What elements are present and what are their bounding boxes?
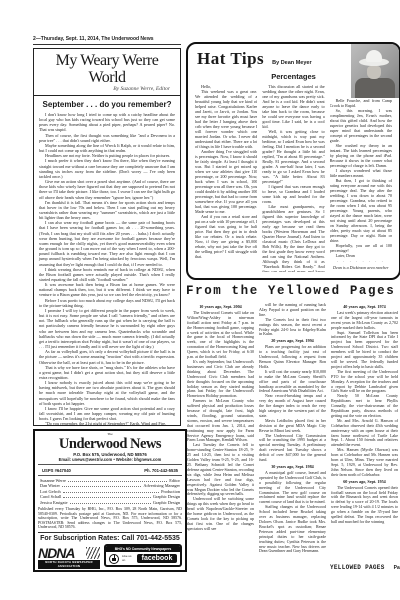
paragraph: Well, it was getting close to midnight, … [262,129,324,184]
hat-tips-columns: Hello,This weekend was a great one. We a… [195,84,392,272]
paragraph: Mrs. Hansen (Myrtle Olavson) was born at… [331,448,398,477]
paragraph: But then, I got to thinking of rating ev… [330,178,392,243]
hat-tips-title: Hat Tips [197,49,264,68]
paragraph: It was awesome back then being a Bison f… [39,282,175,297]
paragraph: Another thing I've struggled with is per… [195,149,257,214]
paragraph: Belle Fourche, and from Camp Crook to Ra… [330,98,392,108]
yellowed-col-3: 40 years ago, Sept. 1974Last week's prim… [331,303,398,555]
paragraph: I know nobody is exactly juiced about th… [39,380,175,406]
hat-tips-header: Hat Tips By Dean Meyer [197,49,312,69]
paragraph: That is why we have face shots, or "mug … [39,365,175,380]
paragraph: Hopefully, you are all at 100 percentage… [330,243,392,253]
yellowed-col-2: will be the naming of running back AJay … [259,303,326,555]
staff-list: Suzanne WerreEditorDan WinterAdvertising… [38,476,182,506]
facebook-box-body: Like us on facebook [106,552,180,565]
masthead-box: The Underwood News P.O. Box 575, Underwo… [33,429,187,572]
paragraph: As far as volleyball goes, it's only a d… [39,349,175,364]
dotted-leader [68,481,167,482]
dotted-leader [63,492,159,493]
hat-tips-byline: By Dean Meyer [272,60,311,66]
hat-tips-headline: Percentages [188,72,399,81]
dotted-leader [70,503,151,504]
paragraph: The Comets lost in their first two outin… [259,318,326,338]
paragraph: It will cost the county nearly $10,000 t… [259,370,326,395]
jump-label: YELLOWED PAGES [330,564,385,571]
yellowed-pages-title: From the Yellowed Pages [186,284,399,298]
paragraph: Near record-breaking temps and a very dr… [259,394,326,419]
paragraph: I promise I will try to get different pe… [39,308,175,349]
cowboy-hat-crown [366,50,382,62]
staff-name: Jessica Eastgate [40,500,68,505]
folio-line: 2—Thursday, Sept. 11, 2014, The Underwoo… [33,36,181,45]
ndna-logo: NDNA NORTH DAKOTA NEWSPAPER ASSOCIATION [38,546,100,566]
paragraph: The Underwood Comets opened their footba… [331,486,398,525]
paragraph: Later, Dean [330,253,392,258]
dotted-leader [62,486,141,487]
paragraph: I figured that was reason enough to leav… [262,184,324,204]
paragraph: A municipal golf course, leased and oper… [259,471,326,505]
paragraph: Staffing changes at the Underwood School… [259,505,326,554]
ndna-speedlines-icon [86,547,100,559]
paragraph: I much prefer it when they don't know I'… [39,158,175,179]
paragraph: Plans are progressing for an addition to… [259,345,326,370]
paragraph: will be the naming of running back AJay … [259,303,326,318]
paragraph: Then of course, the first thought was so… [39,133,175,143]
yellowed-col-1: 10 years ago, Sept. 2004The Underwood Co… [187,303,254,555]
hat-tips-col-1: Hello,This weekend was a great one. We a… [195,84,257,272]
weary-werre-column: My Weary Werre World By Suzanne Werre, E… [33,48,181,426]
column-masthead: My Weary Werre World By Suzanne Werre, E… [34,49,180,96]
paragraph: Last Tuesday the Comets fell to home-sta… [187,443,254,497]
subscription-line: For Subscription Rates: Call 701-442-553… [38,532,182,542]
ndna-association-text: NORTH DAKOTA NEWSPAPER ASSOCIATION [38,560,100,569]
paragraph: I know I'll be happier. Give me some goo… [39,406,175,421]
paragraph: It's only September, but Underwood's bus… [187,360,254,399]
hat-tips-col-2: This discussion all started at the weddi… [262,84,324,272]
paragraph: So, this morning, I was complimenting Je… [330,108,392,143]
hat-tips-col-3: Belle Fourche, and from Camp Crook to Ra… [330,84,392,272]
column-headline: September . . . do you remember? [36,100,178,109]
jump-page: Page 3 [394,565,400,571]
paragraph: She crushed my theory in an instant. The… [330,143,392,168]
facebook-promo-box: BHG's ND Community Newspapers Like us on… [104,544,182,567]
hat-tips-box: Hat Tips By Dean Meyer Percentages Hello… [186,42,400,280]
paragraph: The first meeting of the Underwood PTO f… [331,370,398,395]
logo-row: NDNA NORTH DAKOTA NEWSPAPER ASSOCIATION … [38,544,182,567]
paragraph: This discussion all started at the weddi… [262,84,324,129]
paragraph: I don't know how long I tried to come up… [39,112,175,133]
paragraph: Maybe something along the line of Wreck … [39,143,175,153]
paragraph: And if you ran a retail store and put on… [195,214,257,259]
paragraph: Last week's primary election attracted o… [331,311,398,331]
column-title: My Weary Werre World [38,52,176,86]
column-byline: By Suzanne Werre, Editor [38,86,176,93]
paragraph: Dean is a Dickinson area rancher [330,265,392,270]
masthead-contact: Email: unews@westriv.com • Website: bhgn… [38,457,182,465]
dotted-leader [63,497,151,498]
paragraph: Mr. and Mrs. Arnold G. Hanson of Colehar… [331,419,398,448]
paragraph: Supt. Samuel Tollefson has been informed… [331,331,398,370]
paragraph: Farmers in McLean County who suffered ph… [187,399,254,443]
paragraph: Mavis Leidholm placed first in her divis… [259,419,326,434]
yellowed-pages-columns: 10 years ago, Sept. 2004The Underwood Co… [187,303,398,555]
paragraph: Underwood will be switching some things … [187,497,254,531]
paragraph: The Underwood City Commission will be cr… [259,434,326,463]
paragraph: Like most grandparents, my grandchildren… [262,204,324,272]
paragraph: The Underwood Comets will take on Wilton… [187,311,254,360]
paragraph: Nearly 50 McLean County Republicans met … [331,394,398,419]
usps-phone-row: USPS #647040 Ph. 701-442-5535 [38,465,182,476]
paragraph: This weekend was a great one. We attende… [195,89,257,149]
staff-row: Jessica EastgateGraphic Design [40,500,180,505]
phone-number: Ph. 701-442-5535 [144,468,178,473]
section-heading: 60 years ago, Sept. 1954 [331,480,398,485]
thumbs-up-icon [109,554,119,564]
newspaper-page: 2—Thursday, Sept. 11, 2014, The Underwoo… [0,0,400,600]
column-body: I don't know how long I tried to come up… [34,112,180,426]
usps-number: USPS #647040 [42,468,71,473]
masthead-title: Underwood News [38,437,182,451]
paragraph: I'm thankful it is fall. That means it's… [39,200,175,221]
paragraph: · · · · · · · · [330,259,392,264]
paragraph: Before I wax poetic too much about my co… [39,298,175,308]
facebook-wordmark: facebook [137,554,177,563]
like-us-text: Like us on [122,555,134,561]
jump-line: YELLOWED PAGES Page 3 [330,556,400,574]
paragraph: I always wondered what those little numb… [330,168,392,178]
publication-info: Published every Thursday by BHG, Inc., P… [38,507,182,530]
paragraph: I think wearing those boots reminds me o… [39,267,175,282]
paragraph: "Do you remember, the 21st night of Sept… [39,421,175,426]
staff-role: Graphic Design [153,500,180,505]
paragraph: Give me an action shot over a posed shot… [39,179,175,200]
paragraph: I can also wear my football game boots —… [39,220,175,266]
